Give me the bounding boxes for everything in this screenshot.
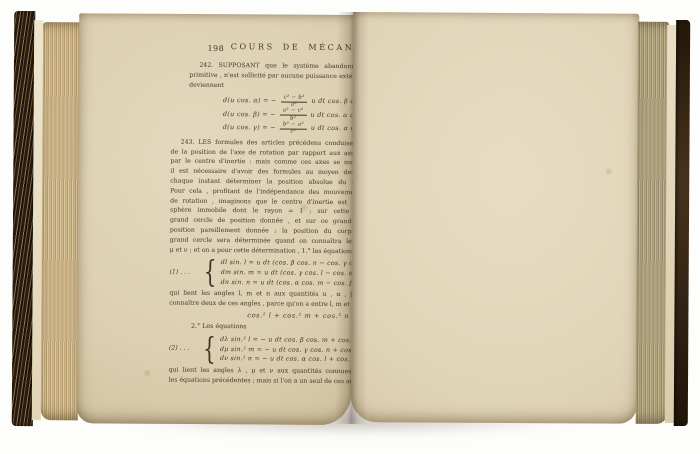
left-page: 198 COURS DE MÉCANIQUE, 242. SUPPOSANT q… [77,13,353,425]
foxing-spot [604,168,613,176]
left-page-number: 198 [207,44,224,54]
equation-lhs: d(u cos. β) = − [223,110,276,120]
foxing-spot [298,203,310,213]
equation-group-label: (1) . . . [169,268,201,278]
right-cover-edge [674,20,690,426]
right-page: 2.ᵉ PARTIE, 2.ᵉ SECTION. DYNAMIQUE. 199 … [351,12,639,424]
book-photo: 198 COURS DE MÉCANIQUE, 242. SUPPOSANT q… [0,0,700,454]
open-book: 198 COURS DE MÉCANIQUE, 242. SUPPOSANT q… [0,0,700,454]
foxing-spot [142,369,152,378]
fraction: c² − b²a² [281,95,308,108]
equation-lhs: d(u cos. γ) = − [223,123,276,133]
equation-group-label: (2) . . . [169,344,201,354]
equation-lhs: d(u cos. α) = − [223,96,277,106]
fraction: b² − a²c² [280,122,307,135]
left-page-block-edges [41,22,80,420]
fraction: a² − c²b² [280,109,307,122]
brace-glyph: { [204,258,217,288]
brace-glyph: { [203,334,216,364]
